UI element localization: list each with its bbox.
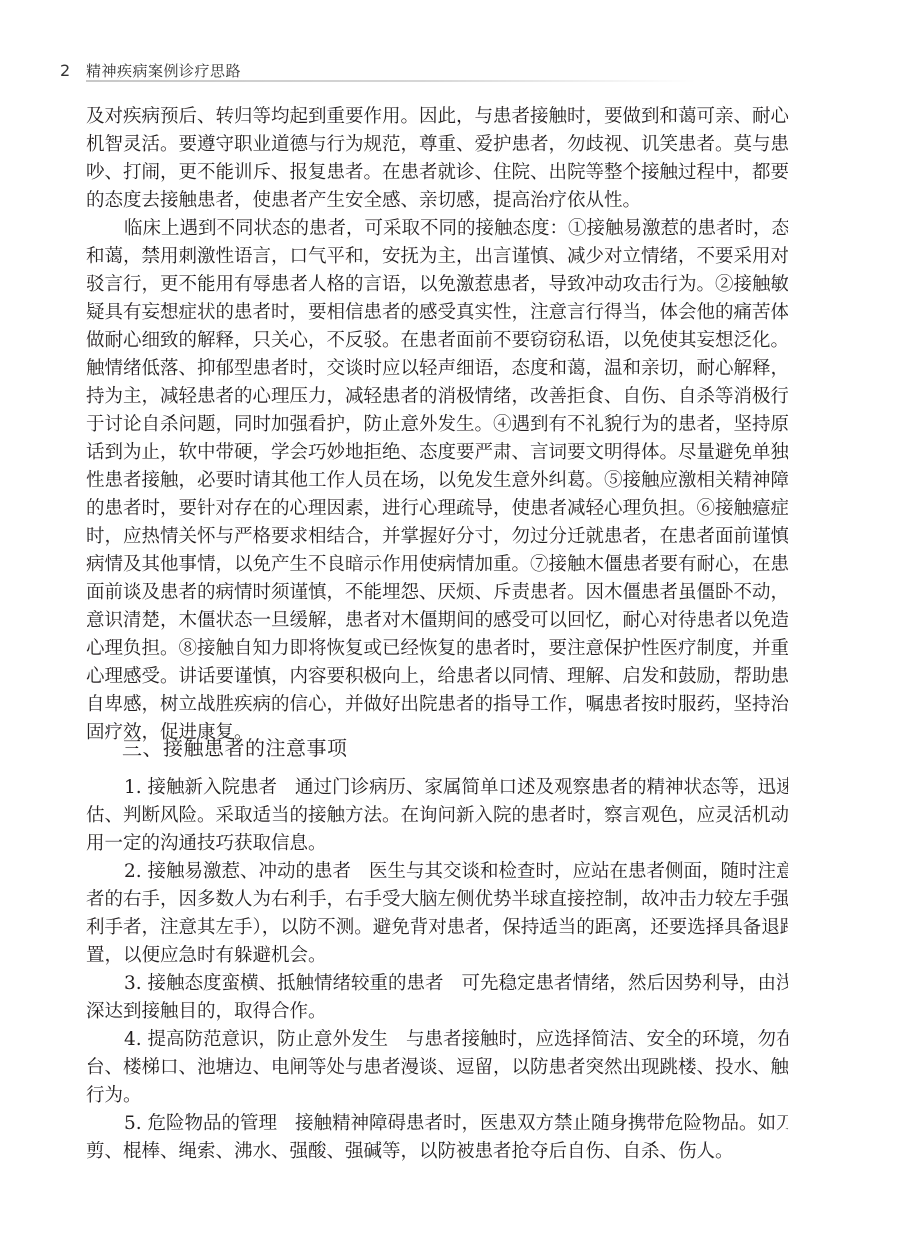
text-line: 台、楼梯口、池塘边、电闸等处与患者漫谈、逗留，以防患者突然出现跳楼、投水、触电等: [86, 1054, 788, 1082]
text-line: 时，应热情关怀与严格要求相结合，并掌握好分寸，勿过分迁就患者，在患者面前谨慎谈论: [86, 523, 788, 551]
text-line: 面前谈及患者的病情时须谨慎，不能埋怨、厌烦、斥责患者。因木僵患者虽僵卧不动，但其: [86, 579, 788, 607]
text-line: 吵、打闹，更不能训斥、报复患者。在患者就诊、住院、出院等整个接触过程中，都要以热…: [86, 159, 788, 187]
item-title: 5. 危险物品的管理: [124, 1113, 277, 1134]
text-line: 性患者接触，必要时请其他工作人员在场，以免发生意外纠葛。⑤接触应激相关精神障碍: [86, 467, 788, 495]
item-first-line: 1. 接触新入院患者通过门诊病历、家属简单口述及观察患者的精神状态等，迅速评: [86, 774, 788, 802]
text-line: 驳言行，更不能用有辱患者人格的言语，以免激惹患者，导致冲动攻击行为。②接触敏感多: [86, 271, 788, 299]
item-text: 接触精神障碍患者时，医患双方禁止随身携带危险物品。如刀: [295, 1113, 788, 1134]
text-line: 心理负担。⑧接触自知力即将恢复或已经恢复的患者时，要注意保护性医疗制度，并重视: [86, 635, 788, 663]
text-line: 置，以便应急时有躲避机会。: [86, 942, 788, 970]
section-item-1: 1. 接触新入院患者通过门诊病历、家属简单口述及观察患者的精神状态等，迅速评 估…: [86, 774, 788, 858]
item-first-line: 2. 接触易激惹、冲动的患者医生与其交谈和检查时，应站在患者侧面，随时注意患: [86, 858, 788, 886]
running-header: 2 精神疾病案例诊疗思路: [60, 58, 241, 82]
header-divider: [86, 80, 696, 82]
book-title: 精神疾病案例诊疗思路: [86, 60, 241, 81]
text-line: 机智灵活。要遵守职业道德与行为规范，尊重、爱护患者，勿歧视、讥笑患者。莫与患者争: [86, 131, 788, 159]
text-line: 者的右手，因多数人为右利手，右手受大脑左侧优势半球直接控制，故冲击力较左手强（左: [86, 886, 788, 914]
section-item-3: 3. 接触态度蛮横、抵触情绪较重的患者可先稳定患者情绪，然后因势利导，由浅入 深…: [86, 970, 788, 1026]
item-text: 可先稳定患者情绪，然后因势利导，由浅入: [462, 973, 788, 994]
paragraph-2: 临床上遇到不同状态的患者，可采取不同的接触态度：①接触易激惹的患者时，态度要 和…: [86, 215, 788, 747]
item-text: 通过门诊病历、家属简单口述及观察患者的精神状态等，迅速评: [295, 777, 788, 798]
text-line: 的患者时，要针对存在的心理因素，进行心理疏导，使患者减轻心理负担。⑥接触癔症患者: [86, 495, 788, 523]
text-line: 及对疾病预后、转归等均起到重要作用。因此，与患者接触时，要做到和蔼可亲、耐心细致…: [86, 103, 788, 131]
text-line: 的态度去接触患者，使患者产生安全感、亲切感，提高治疗依从性。: [86, 187, 788, 215]
text-line: 触情绪低落、抑郁型患者时，交谈时应以轻声细语，态度和蔼，温和亲切，耐心解释，鼓励…: [86, 355, 788, 383]
text-line: 用一定的沟通技巧获取信息。: [86, 830, 788, 858]
item-title: 2. 接触易激惹、冲动的患者: [124, 861, 351, 882]
text-line: 做耐心细致的解释，只关心，不反驳。在患者面前不要窃窃私语，以免使其妄想泛化。③接: [86, 327, 788, 355]
text-line: 于讨论自杀问题，同时加强看护，防止意外发生。④遇到有不礼貌行为的患者，坚持原则，: [86, 411, 788, 439]
text-line: 利手者，注意其左手），以防不测。避免背对患者，保持适当的距离，还要选择具备退路的…: [86, 914, 788, 942]
section-item-4: 4. 提高防范意识，防止意外发生与患者接触时，应选择简洁、安全的环境，勿在阳 台…: [86, 1026, 788, 1110]
section-heading: 三、接触患者的注意事项: [122, 733, 348, 763]
item-title: 4. 提高防范意识，防止意外发生: [124, 1029, 388, 1050]
text-line: 行为。: [86, 1082, 788, 1110]
text-line: 深达到接触目的，取得合作。: [86, 998, 788, 1026]
page-number: 2: [60, 61, 86, 80]
paragraph-1: 及对疾病预后、转归等均起到重要作用。因此，与患者接触时，要做到和蔼可亲、耐心细致…: [86, 103, 788, 215]
item-first-line: 4. 提高防范意识，防止意外发生与患者接触时，应选择简洁、安全的环境，勿在阳: [86, 1026, 788, 1054]
section-item-5: 5. 危险物品的管理接触精神障碍患者时，医患双方禁止随身携带危险物品。如刀 剪、…: [86, 1110, 788, 1166]
text-line: 和蔼，禁用刺激性语言，口气平和，安抚为主，出言谨慎、减少对立情绪，不要采用对抗、…: [86, 243, 788, 271]
text-line: 疑具有妄想症状的患者时，要相信患者的感受真实性，注意言行得当，体会他的痛苦体验，: [86, 299, 788, 327]
item-text: 医生与其交谈和检查时，应站在患者侧面，随时注意患: [369, 861, 788, 882]
item-first-line: 5. 危险物品的管理接触精神障碍患者时，医患双方禁止随身携带危险物品。如刀: [86, 1110, 788, 1138]
text-line: 剪、棍棒、绳索、沸水、强酸、强碱等，以防被患者抢夺后自伤、自杀、伤人。: [86, 1138, 788, 1166]
text-line: 估、判断风险。采取适当的接触方法。在询问新入院的患者时，察言观色，应灵活机动，采: [86, 802, 788, 830]
text-line: 临床上遇到不同状态的患者，可采取不同的接触态度：①接触易激惹的患者时，态度要: [86, 215, 788, 243]
item-text: 与患者接触时，应选择简洁、安全的环境，勿在阳: [406, 1029, 788, 1050]
item-first-line: 3. 接触态度蛮横、抵触情绪较重的患者可先稳定患者情绪，然后因势利导，由浅入: [86, 970, 788, 998]
item-title: 1. 接触新入院患者: [124, 777, 277, 798]
item-title: 3. 接触态度蛮横、抵触情绪较重的患者: [124, 973, 444, 994]
text-line: 持为主，减轻患者的心理压力，减轻患者的消极情绪，改善拒食、自伤、自杀等消极行为，…: [86, 383, 788, 411]
text-line: 心理感受。讲话要谨慎，内容要积极向上，给患者以同情、理解、启发和鼓励，帮助患者消…: [86, 663, 788, 691]
text-line: 话到为止，软中带硬，学会巧妙地拒绝、态度要严肃、言词要文明得体。尽量避免单独与异: [86, 439, 788, 467]
text-line: 自卑感，树立战胜疾病的信心，并做好出院患者的指导工作，嘱患者按时服药，坚持治疗，…: [86, 691, 788, 719]
text-line: 病情及其他事情，以免产生不良暗示作用使病情加重。⑦接触木僵患者要有耐心，在患者: [86, 551, 788, 579]
text-line: 意识清楚，木僵状态一旦缓解，患者对木僵期间的感受可以回忆，耐心对待患者以免造成其: [86, 607, 788, 635]
section-item-2: 2. 接触易激惹、冲动的患者医生与其交谈和检查时，应站在患者侧面，随时注意患 者…: [86, 858, 788, 970]
